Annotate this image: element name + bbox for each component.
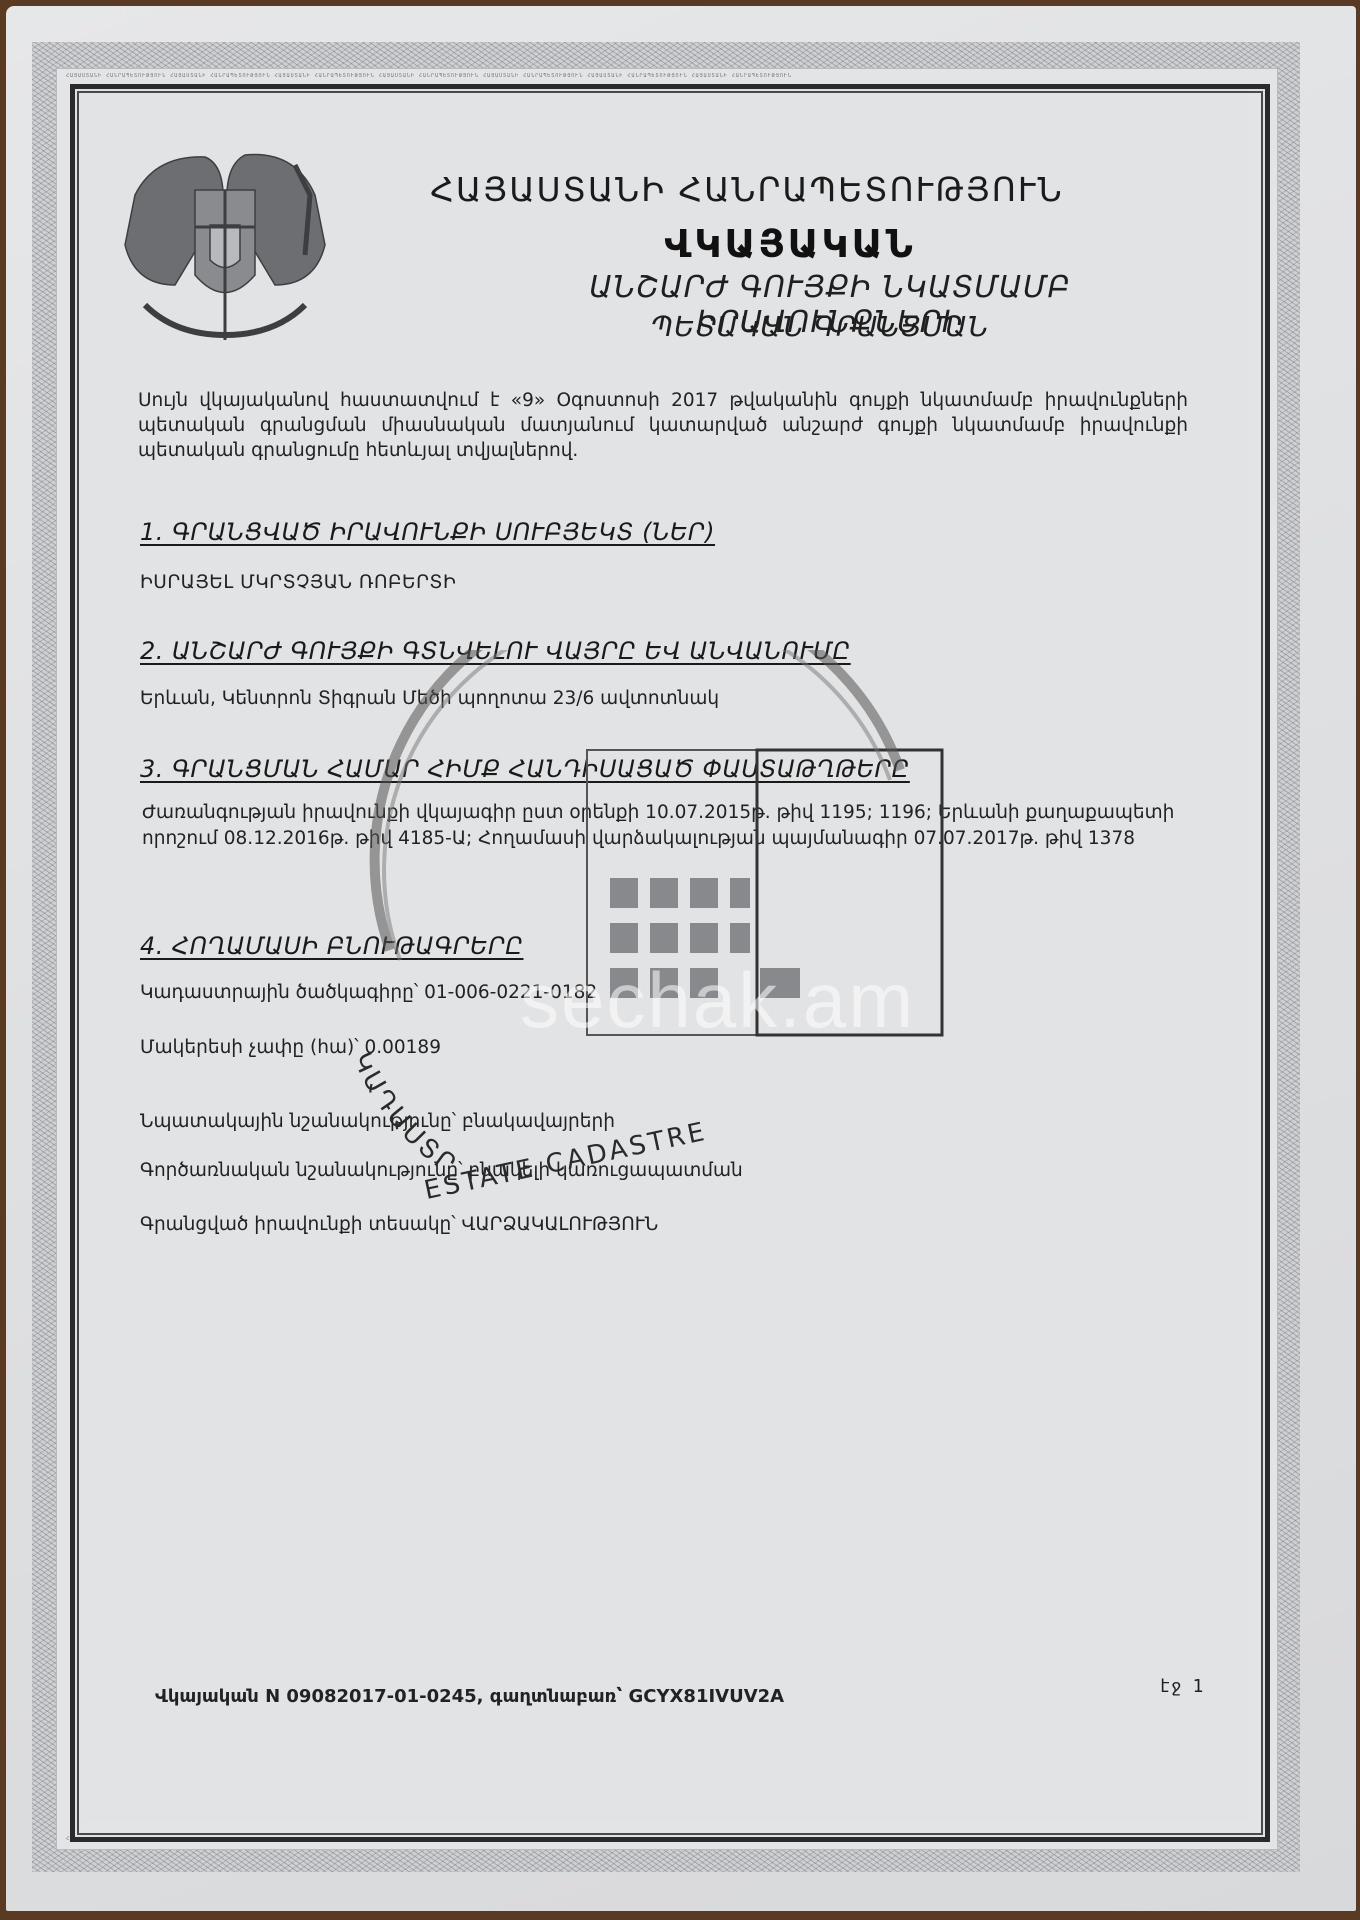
watermark-text: sechak.am: [520, 955, 915, 1046]
area-size: Մակերեսի չափը (հա)՝ 0.00189: [140, 1037, 441, 1058]
section-1-heading: 1. ԳՐԱՆՑՎԱԾ ԻՐԱՎՈՒՆՔԻ ՍՈՒԲՅԵԿՏ (ՆԵՐ): [140, 518, 715, 546]
certificate-number: Վկայական N 09082017-01-0245, գաղտնաբառ՝ …: [155, 1686, 784, 1707]
page-number: էջ 1: [1160, 1676, 1203, 1697]
section-2-heading: 2. ԱՆՇԱՐԺ ԳՈՒՅՔԻ ԳՏՆՎԵԼՈՒ ՎԱՅՐԸ ԵՎ ԱՆՎԱՆ…: [140, 637, 851, 665]
intro-paragraph: Սույն վկայականով հաստատվում է «9» Օգոստո…: [138, 388, 1188, 463]
rights-holder-name: ԻՍՐԱՅԵԼ ՄԿՐՏՉՅԱՆ ՌՈԲԵՐՏԻ: [140, 572, 456, 593]
microtext-top: ՀԱՅԱՍՏԱՆԻ ՀԱՆՐԱՊԵՏՈՒԹՅՈՒՆ ՀԱՅԱՍՏԱՆԻ ՀԱՆՐ…: [66, 73, 1266, 79]
designated-purpose: Նպատակային նշանակությունը՝ բնակավայրերի: [140, 1111, 615, 1132]
armenian-coat-of-arms-icon: [115, 135, 335, 350]
country-title: ՀԱՅԱՍՏԱՆԻ ՀԱՆՐԱՊԵՏՈՒԹՅՈՒՆ: [407, 170, 1087, 209]
right-type: Գրանցված իրավունքի տեսակը՝ ՎԱՐՁԱԿԱԼՈՒԹՅՈ…: [140, 1214, 658, 1235]
property-address: Երևան, Կենտրոն Տիգրան Մեծի պողոտա 23/6 ա…: [140, 688, 719, 709]
functional-purpose: Գործառնական նշանակությունը՝ բնակելի կառո…: [140, 1160, 743, 1181]
subtitle-line-2: ՊԵՏԱԿԱՆ ԳՐԱՆՑՄԱՆ: [520, 310, 1120, 343]
section-4-heading: 4. ՀՈՂԱՄԱՍԻ ԲՆՈՒԹԱԳՐԵՐԸ: [140, 932, 523, 960]
document-type-title: ՎԿԱՅԱԿԱՆ: [550, 222, 1030, 266]
